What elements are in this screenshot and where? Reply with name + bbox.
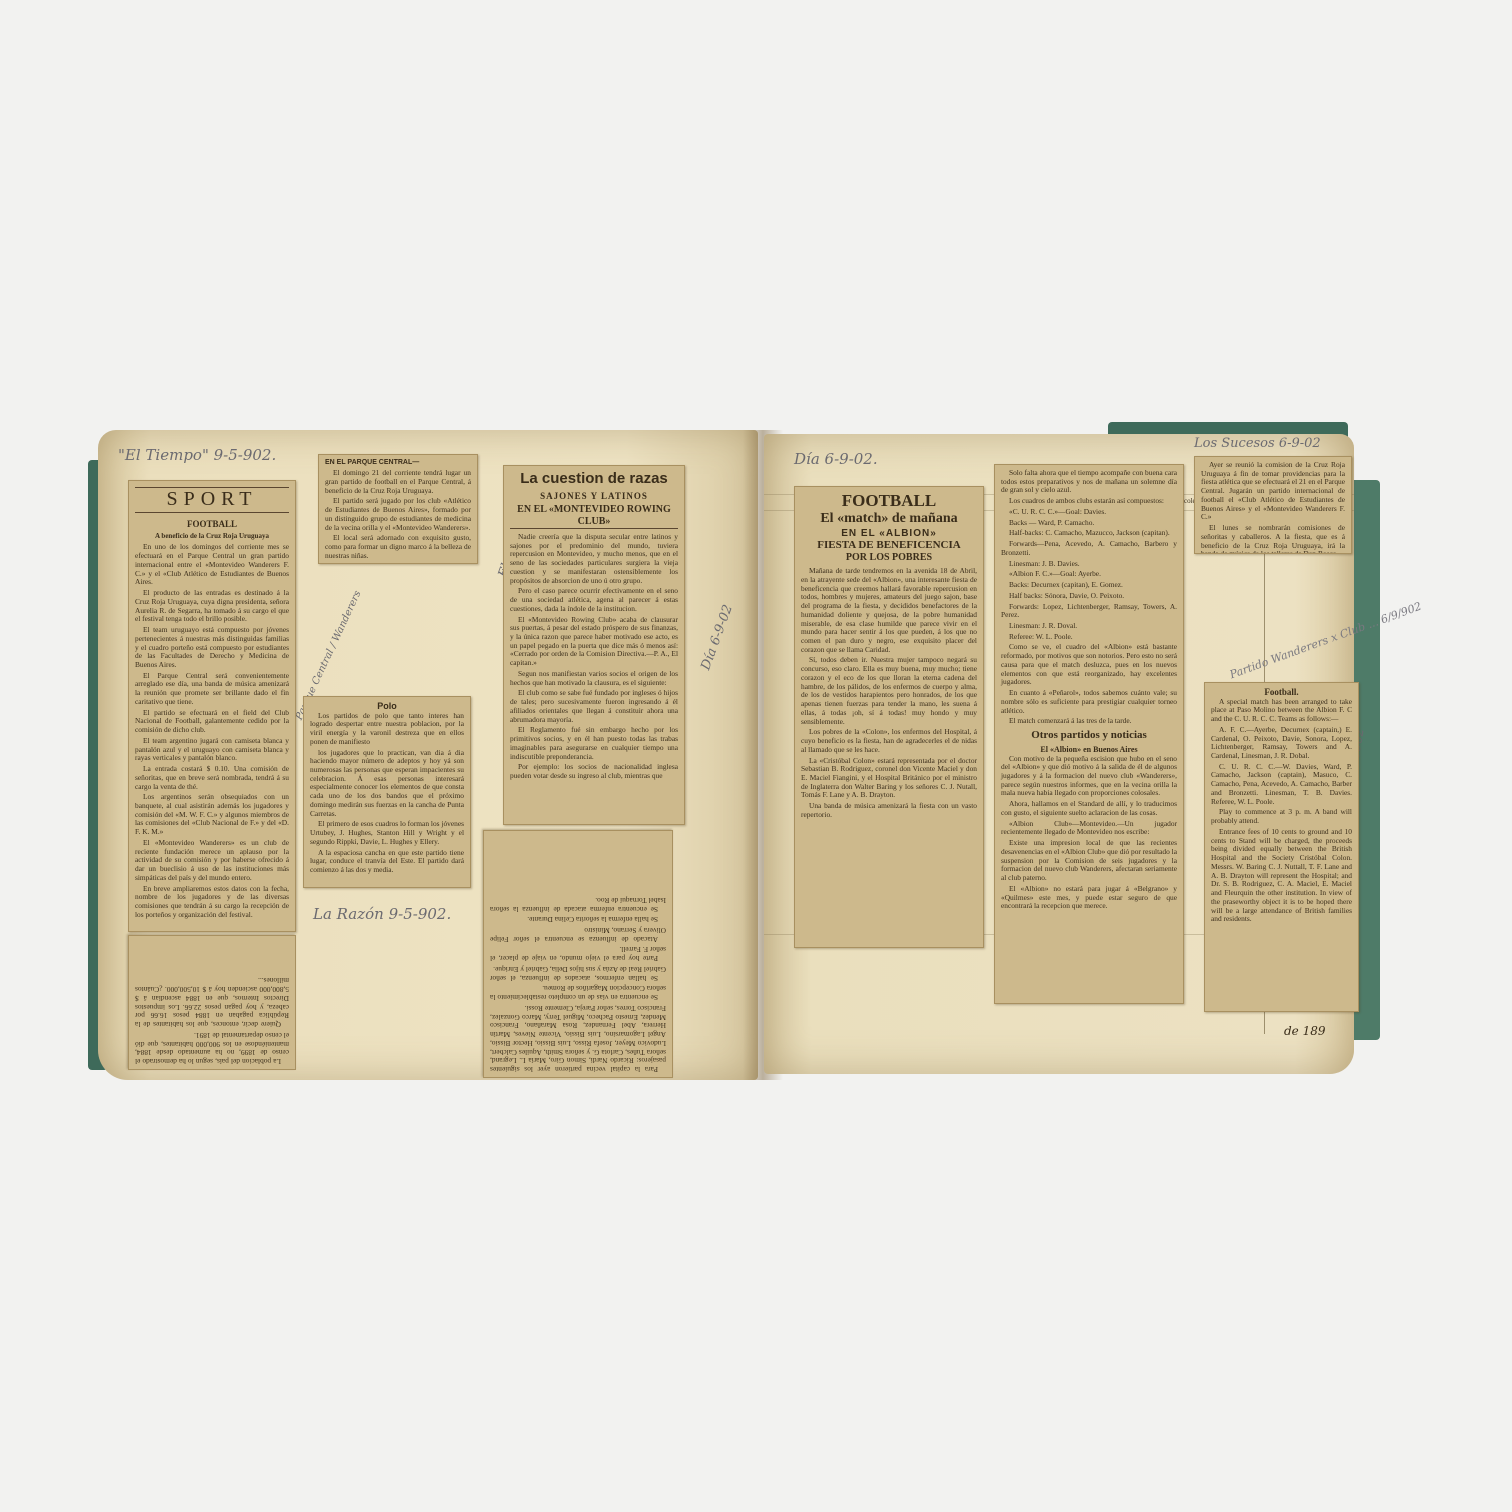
scrapbook: "El Tiempo" 9-5-902. El Siglo 9-5-902 Pa… bbox=[88, 420, 1388, 1090]
clipping-english-football: Football. A special match has been arran… bbox=[1204, 682, 1359, 1012]
annotation-pencil-note: Partido Wanderers x Club ... 6/9/902 bbox=[1228, 600, 1423, 682]
annotation-el-tiempo: "El Tiempo" 9-5-902. bbox=[118, 446, 276, 464]
razas-paragraph: El Reglamento fué sin embargo hecho por … bbox=[510, 726, 678, 761]
annotation-dia-date: Día 6-9-02. bbox=[794, 450, 878, 468]
polo-paragraph: los jugadores que lo practican, van dia … bbox=[310, 749, 464, 819]
social-paragraph: Se hallan enfermos, atacados de influenz… bbox=[490, 964, 666, 981]
razas-heading: EN EL «MONTEVIDEO ROWING CLUB» bbox=[510, 504, 678, 529]
albion-paragraph: Una banda de música amenizará la fiesta … bbox=[801, 802, 977, 819]
albion-paragraph: Los pobres de la «Colon», los enfermos d… bbox=[801, 728, 977, 754]
teams-line: Backs: Decurnex (capitan), E. Gomez. bbox=[1001, 581, 1177, 590]
sport-paragraph: La entrada costará $ 0.10. Una comisión … bbox=[135, 765, 289, 791]
polo-paragraph: El primero de esos cuadros lo forman los… bbox=[310, 820, 464, 846]
sport-paragraph: El team argentino jugará con camiseta bl… bbox=[135, 737, 289, 763]
clipping-cuestion-razas: La cuestion de razas SAJONES Y LATINOS E… bbox=[503, 465, 685, 825]
teams-line: Backs — Ward, P. Camacho. bbox=[1001, 519, 1177, 528]
polo-paragraph: A la espaciosa cancha en que este partid… bbox=[310, 849, 464, 875]
razas-paragraph: Segun nos manifiestan varios socios el o… bbox=[510, 670, 678, 687]
cruz-roja-paragraph: El lunes se nombrarán comisiones de seño… bbox=[1201, 524, 1345, 554]
razas-paragraph: Pero el caso parece ocurrir efectivament… bbox=[510, 587, 678, 613]
sport-paragraph: En breve ampliaremos estos datos con la … bbox=[135, 885, 289, 920]
albion-tagline: POR LOS POBRES bbox=[801, 552, 977, 564]
razas-paragraph: Nadie creería que la disputa secular ent… bbox=[510, 533, 678, 585]
teams-line: En cuanto á «Peñarol», todos sabemos cuá… bbox=[1001, 689, 1177, 715]
sport-paragraph: En uno de los domingos del corriente mes… bbox=[135, 543, 289, 587]
teams-line: Half-backs: C. Camacho, Mazucco, Jackson… bbox=[1001, 529, 1177, 538]
albion-heading: FOOTBALL bbox=[801, 491, 977, 511]
english-football-paragraph: Play to commence at 3 p. m. A band will … bbox=[1211, 808, 1352, 825]
clipping-polo: Polo Los partidos de polo que tanto inte… bbox=[303, 696, 471, 888]
census-paragraph: La poblacion del país, segun lo ha demos… bbox=[135, 1030, 289, 1065]
clipping-social-upside-down: Para la capital vecina partieron ayer lo… bbox=[483, 830, 673, 1078]
social-paragraph: Se halla enferma la señorita Celina Dura… bbox=[490, 915, 666, 924]
clipping-census-upside-down: La poblacion del país, segun lo ha demos… bbox=[128, 935, 296, 1070]
english-football-paragraph: A. F. C.—Ayerbe, Decurnex (captain,) E. … bbox=[1211, 726, 1352, 761]
teams-line: Linesman: J. R. Doval. bbox=[1001, 622, 1177, 631]
sport-heading: FOOTBALL bbox=[135, 519, 289, 530]
razas-paragraph: El club como se sabe fué fundado por ing… bbox=[510, 689, 678, 724]
teams-section-title: Otros partidos y noticias bbox=[1001, 729, 1177, 742]
sport-masthead: SPORT bbox=[135, 487, 289, 513]
social-paragraph: Para la capital vecina partieron ayer lo… bbox=[490, 1003, 666, 1073]
census-paragraph: Quiere decir, entonces, que los habitant… bbox=[135, 976, 289, 1028]
sport-paragraph: El partido se efectuará en el field del … bbox=[135, 709, 289, 735]
albion-paragraph: La «Cristóbal Colon» estará representada… bbox=[801, 757, 977, 801]
right-page: N coles Changas Pesos Cts. de 189 Día 6-… bbox=[764, 434, 1354, 1074]
clipping-cruz-roja: Ayer se reunió la comision de la Cruz Ro… bbox=[1194, 456, 1352, 554]
teams-line: Forwards: Lopez, Lichtenberger, Ramsay, … bbox=[1001, 603, 1177, 620]
teams-section-paragraph: «Albion Club»—Montevideo.—Un jugador rec… bbox=[1001, 820, 1177, 837]
parque-paragraph: El local será adornado con exquisito gus… bbox=[325, 534, 471, 560]
annotation-los-sucesos: Los Sucesos 6-9-02 bbox=[1194, 436, 1321, 451]
teams-line: El match comenzará á las tres de la tard… bbox=[1001, 717, 1177, 726]
annotation-la-razon: La Razón 9-5-902. bbox=[313, 905, 451, 923]
albion-title: El «match» de mañana bbox=[801, 511, 977, 528]
english-football-paragraph: C. U. R. C. C.—W. Davies, Ward, P. Camac… bbox=[1211, 763, 1352, 807]
sport-paragraph: El Parque Central será convenientemente … bbox=[135, 672, 289, 707]
clipping-teams: Solo falta ahora que el tiempo acompañe … bbox=[994, 464, 1184, 1004]
sport-paragraph: El team uruguayo está compuesto por jóve… bbox=[135, 626, 289, 670]
sport-paragraph: Los argentinos serán obsequiados con un … bbox=[135, 793, 289, 837]
teams-line: «Albion F. C.»—Goal: Ayerbe. bbox=[1001, 570, 1177, 579]
social-paragraph: Atacado de influenza se encuentra el señ… bbox=[490, 925, 666, 942]
teams-section-paragraph: El «Albion» no estará para jugar á «Belg… bbox=[1001, 885, 1177, 911]
razas-paragraph: Por ejemplo: los socios de nacionalidad … bbox=[510, 763, 678, 780]
teams-line: Referee: W. L. Poole. bbox=[1001, 633, 1177, 642]
sport-subheading: A beneficio de la Cruz Roja Uruguaya bbox=[135, 532, 289, 540]
teams-line: Como se ve, el cuadro del «Albion» está … bbox=[1001, 643, 1177, 687]
clipping-sport: SPORT FOOTBALL A beneficio de la Cruz Ro… bbox=[128, 480, 296, 932]
teams-section-paragraph: Existe una impresion local de que las re… bbox=[1001, 839, 1177, 883]
printed-page-date: de 189 bbox=[1284, 1024, 1326, 1038]
albion-banner: FIESTA DE BENEFICENCIA bbox=[801, 539, 977, 552]
albion-paragraph: Mañana de tarde tendremos en la avenida … bbox=[801, 567, 977, 654]
sport-paragraph: El «Montevideo Wanderers» es un club de … bbox=[135, 839, 289, 883]
annotation-dia: Día 6-9-02 bbox=[698, 603, 735, 672]
teams-line: Linesman: J. B. Davies. bbox=[1001, 560, 1177, 569]
social-paragraph: Se encuentra enferma atacada de influenz… bbox=[490, 895, 666, 912]
parque-paragraph: El partido será jugado por los club «Atl… bbox=[325, 497, 471, 532]
clipping-parque-central: EN EL PARQUE CENTRAL— El domingo 21 del … bbox=[318, 454, 478, 564]
razas-subtitle: SAJONES Y LATINOS bbox=[510, 491, 678, 502]
clipping-football-albion: FOOTBALL El «match» de mañana EN EL «ALB… bbox=[794, 486, 984, 948]
teams-line: Forwards—Pena, Acevedo, A. Camacho, Barb… bbox=[1001, 540, 1177, 557]
teams-line: Solo falta ahora que el tiempo acompañe … bbox=[1001, 469, 1177, 495]
english-football-paragraph: A special match has been arranged to tak… bbox=[1211, 698, 1352, 724]
razas-title: La cuestion de razas bbox=[510, 470, 678, 488]
social-paragraph: Parte hoy para el viejo mundo, en viaje … bbox=[490, 945, 666, 962]
english-football-paragraph: Entrance fees of 10 cents to ground and … bbox=[1211, 828, 1352, 924]
teams-line: «C. U. R. C. C.»—Goal: Davies. bbox=[1001, 508, 1177, 517]
cruz-roja-paragraph: Ayer se reunió la comision de la Cruz Ro… bbox=[1201, 461, 1345, 522]
parque-paragraph: El domingo 21 del corriente tendrá lugar… bbox=[325, 469, 471, 495]
left-page: "El Tiempo" 9-5-902. El Siglo 9-5-902 Pa… bbox=[98, 430, 758, 1080]
teams-line: Los cuadros de ambos clubs estarán así c… bbox=[1001, 497, 1177, 506]
razas-paragraph: El «Montevideo Rowing Club» acaba de cla… bbox=[510, 616, 678, 668]
sport-paragraph: El producto de las entradas es destinado… bbox=[135, 589, 289, 624]
parque-heading: EN EL PARQUE CENTRAL— bbox=[325, 459, 471, 467]
teams-line: Half backs: Sónora, Davie, O. Peixoto. bbox=[1001, 592, 1177, 601]
polo-paragraph: Los partidos de polo que tanto interes h… bbox=[310, 712, 464, 747]
albion-paragraph: Sí, todos deben ir. Nuestra mujer tampoc… bbox=[801, 656, 977, 726]
teams-section-paragraph: Con motivo de la pequeña escision que hu… bbox=[1001, 755, 1177, 799]
albion-subtitle: EN EL «ALBION» bbox=[801, 528, 977, 540]
social-paragraph: Se encuentra en vías de un completo rest… bbox=[490, 984, 666, 1001]
teams-section-paragraph: Ahora, hallamos en el Standard de allí, … bbox=[1001, 800, 1177, 817]
